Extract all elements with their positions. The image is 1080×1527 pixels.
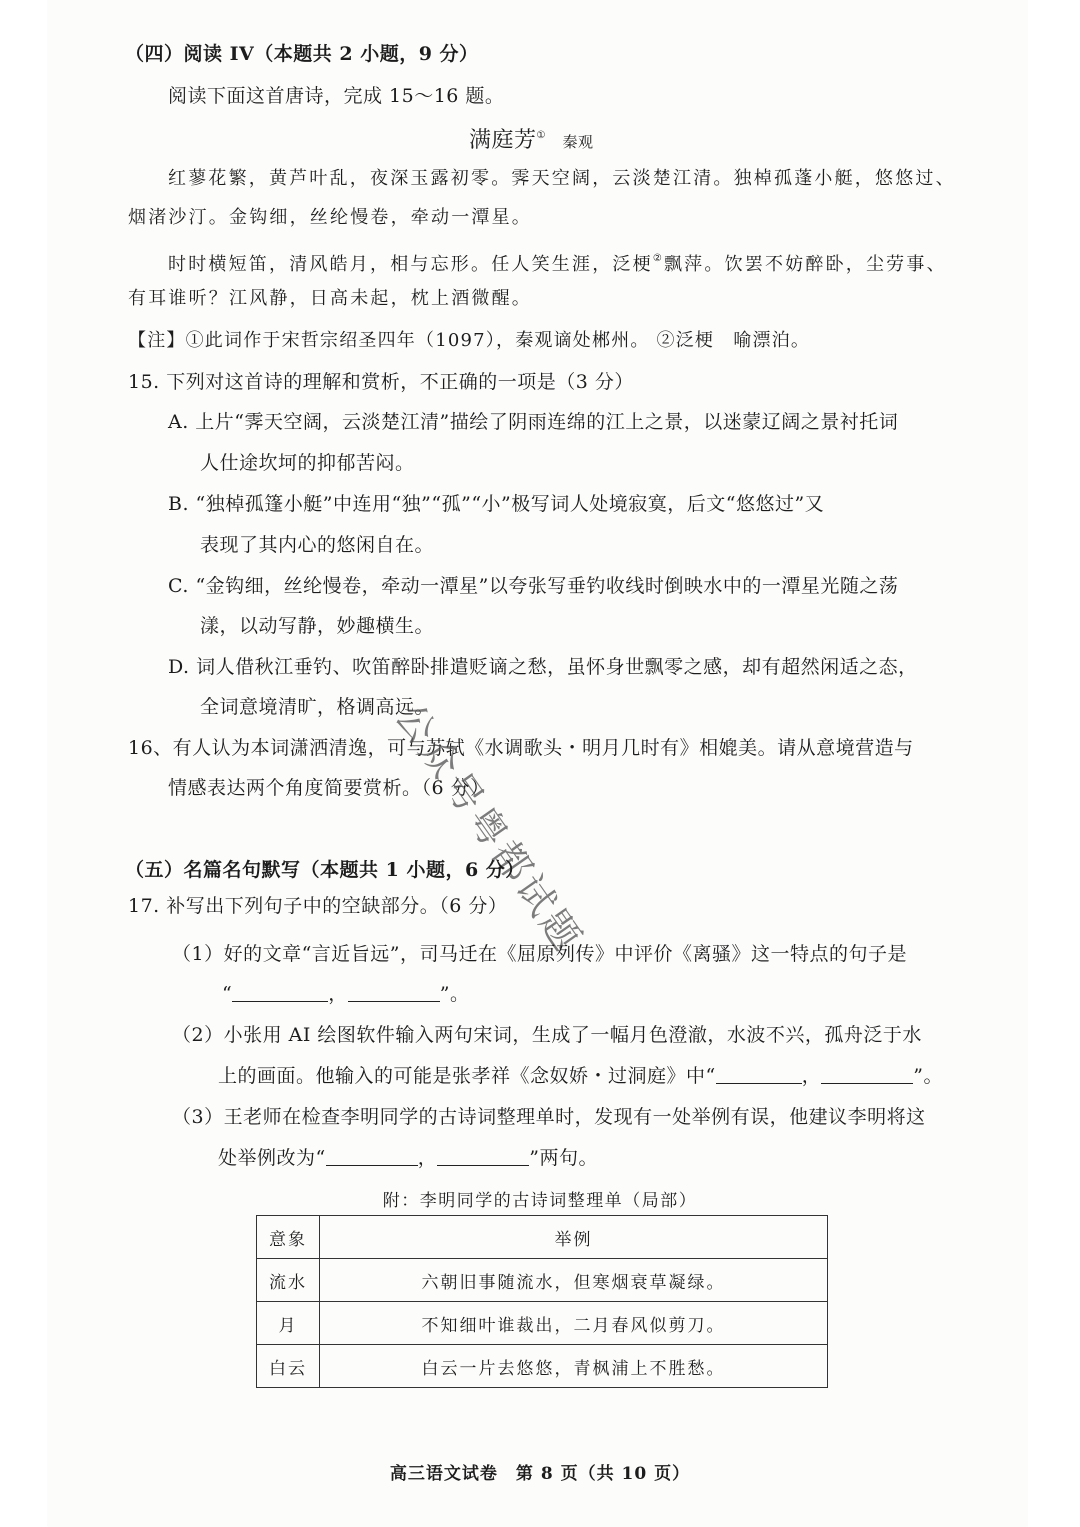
section4-heading: （四）阅读 IV（本题共 2 小题，9 分） (125, 42, 479, 66)
q17-sub2: （2）小张用 AI 绘图软件输入两句宋词，生成了一幅月色澄澈，水波不兴，孤舟泛于… (172, 1023, 922, 1047)
table-cell-image: 流水 (257, 1259, 320, 1302)
q15-option-a: A. 上片“霁天空阔，云淡楚江清”描绘了阴雨连绵的江上之景，以迷蒙辽阔之景衬托词 (168, 410, 898, 434)
q15-stem: 15. 下列对这首诗的理解和赏析，不正确的一项是（3 分） (128, 370, 634, 394)
answer-blank[interactable] (716, 1065, 802, 1084)
table-row: 流水 六朝旧事随流水，但寒烟衰草凝绿。 (257, 1259, 828, 1302)
q17-sub2-answer: 上的画面。他输入的可能是张孝祥《念奴娇・过洞庭》中“，”。 (218, 1064, 943, 1088)
section4-intro: 阅读下面这首唐诗，完成 15～16 题。 (168, 84, 504, 108)
table-row: 月 不知细叶谁裁出，二月春风似剪刀。 (257, 1302, 828, 1345)
note-mark: ① (537, 130, 546, 141)
q15-option-c-cont: 漾，以动写静，妙趣横生。 (200, 614, 434, 638)
q15-option-c: C. “金钩细，丝纶慢卷，牵动一潭星”以夸张写垂钓收线时倒映水中的一潭星光随之荡 (168, 574, 898, 598)
poem-line: 时时横短笛，清风皓月，相与忘形。任人笑生涯，泛梗②飘萍。饮罢不妨醉卧，尘劳事、 (168, 247, 947, 277)
table-cell-example: 不知细叶谁裁出，二月春风似剪刀。 (320, 1302, 828, 1345)
q15-option-b: B. “独棹孤篷小艇”中连用“独”“孤”“小”极写词人处境寂寞，后文“悠悠过”又 (168, 492, 824, 516)
table-cell-image: 白云 (257, 1345, 320, 1388)
q17-sub3: （3）王老师在检查李明同学的古诗词整理单时，发现有一处举例有误，他建议李明将这 (172, 1105, 926, 1129)
answer-blank[interactable] (437, 1147, 529, 1166)
poem-line: 烟渚沙汀。金钩细，丝纶慢卷，牵动一潭星。 (128, 206, 532, 230)
page-footer: 高三语文试卷 第 8 页（共 10 页） (0, 1459, 1080, 1484)
q17-stem: 17. 补写出下列句子中的空缺部分。（6 分） (128, 894, 507, 918)
answer-blank[interactable] (348, 983, 440, 1002)
table-header: 举例 (320, 1216, 828, 1259)
q17-sub1: （1）好的文章“言近旨远”，司马迁在《屈原列传》中评价《离骚》这一特点的句子是 (172, 942, 907, 966)
table-row: 白云 白云一片去悠悠，青枫浦上不胜愁。 (257, 1345, 828, 1388)
q15-option-d: D. 词人借秋江垂钓、吹笛醉卧排遣贬谪之愁，虽怀身世飘零之感，却有超然闲适之态， (168, 655, 918, 679)
poem-title-block: 满庭芳① 秦观 (469, 124, 594, 154)
q15-option-b-cont: 表现了其内心的悠闲自在。 (200, 533, 434, 557)
poem-author: 秦观 (563, 133, 594, 151)
q17-sub3-answer: 处举例改为“，”两句。 (218, 1146, 598, 1170)
table-caption: 附：李明同学的古诗词整理单（局部） (0, 1186, 1080, 1211)
table-cell-example: 白云一片去悠悠，青枫浦上不胜愁。 (320, 1345, 828, 1388)
answer-blank[interactable] (326, 1147, 418, 1166)
poem-note: 【注】①此词作于宋哲宗绍圣四年（1097），秦观谪处郴州。 ②泛梗 喻漂泊。 (128, 329, 810, 353)
poetry-sheet-table: 意象 举例 流水 六朝旧事随流水，但寒烟衰草凝绿。 月 不知细叶谁裁出，二月春风… (256, 1215, 828, 1388)
q16-stem: 16、有人认为本词潇洒清逸，可与苏轼《水调歌头・明月几时有》相媲美。请从意境营造… (128, 736, 914, 760)
answer-blank[interactable] (821, 1065, 913, 1084)
table-header: 意象 (257, 1216, 320, 1259)
table-cell-image: 月 (257, 1302, 320, 1345)
section5-heading: （五）名篇名句默写（本题共 1 小题，6 分） (125, 858, 525, 882)
q17-sub1-answer: “，”。 (222, 982, 469, 1006)
table-header-row: 意象 举例 (257, 1216, 828, 1259)
poem-line: 有耳谁听？江风静，日高未起，枕上酒微醒。 (128, 287, 532, 311)
table-cell-example: 六朝旧事随流水，但寒烟衰草凝绿。 (320, 1259, 828, 1302)
poem-line: 红蓼花繁，黄芦叶乱，夜深玉露初零。霁天空阔，云淡楚江清。独棹孤蓬小艇，悠悠过、 (168, 167, 956, 191)
answer-blank[interactable] (232, 983, 328, 1002)
q15-option-a-cont: 人仕途坎坷的抑郁苦闷。 (200, 451, 415, 475)
poem-title: 满庭芳 (469, 128, 537, 153)
